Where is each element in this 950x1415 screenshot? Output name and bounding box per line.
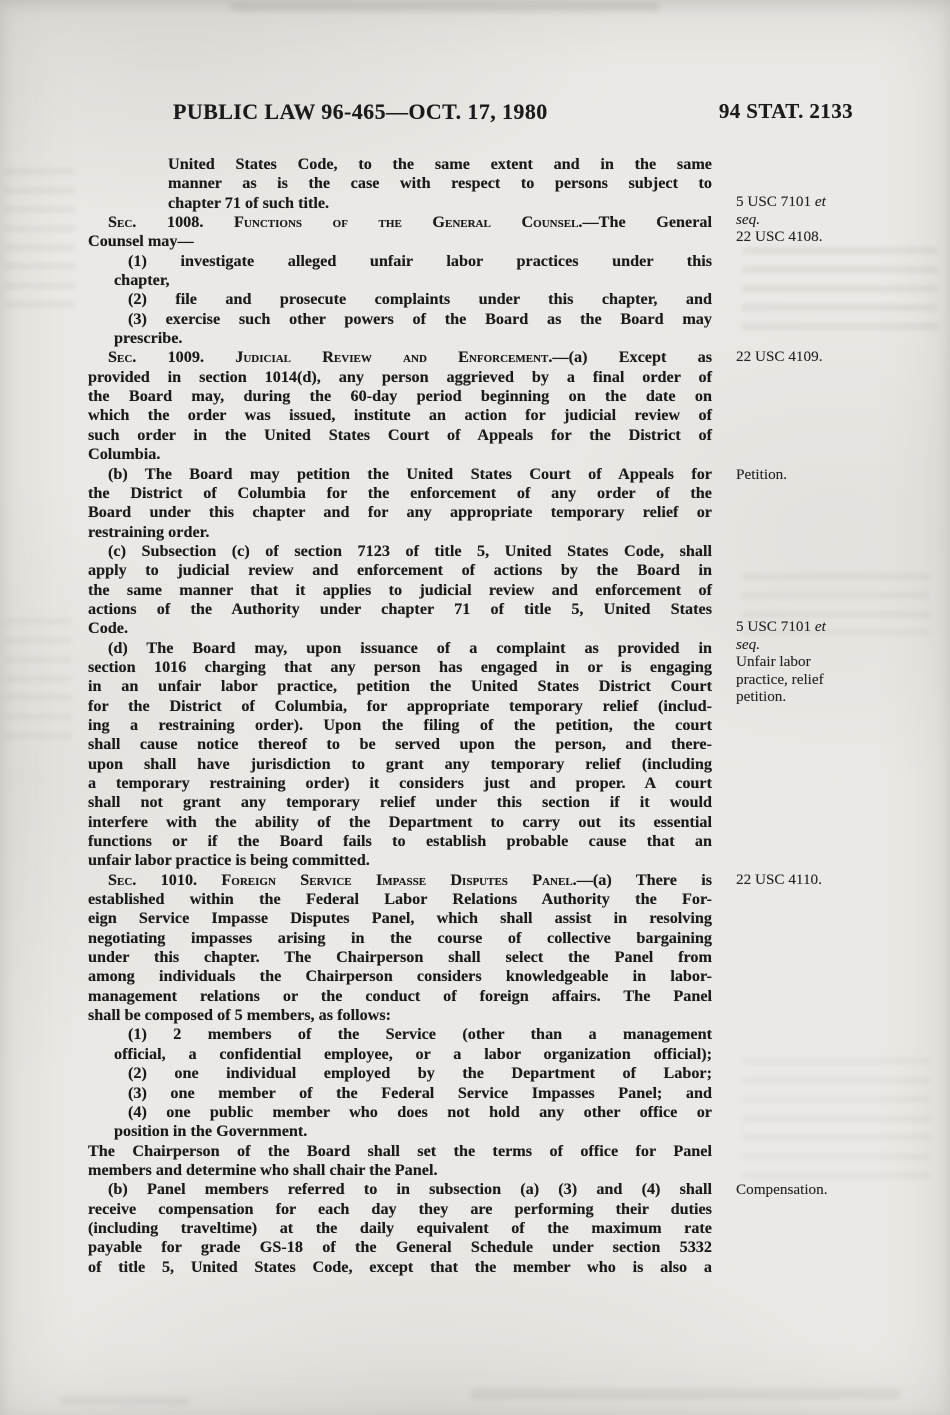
scan-artifact bbox=[470, 1389, 900, 1399]
text-line: under this chapter. The Chairperson shal… bbox=[88, 948, 712, 967]
bleedthrough-artifact bbox=[4, 618, 72, 740]
margin-note-line: 22 USC 4110. bbox=[736, 871, 872, 889]
text-line: (d) The Board may, upon issuance of a co… bbox=[108, 639, 712, 658]
text-line: Sec. 1008. Functions of the General Coun… bbox=[108, 213, 712, 232]
text-line: ing a restraining order). Upon the filin… bbox=[88, 716, 712, 735]
margin-note-line: practice, relief bbox=[736, 671, 872, 689]
text-line: Sec. 1009. Judicial Review and Enforceme… bbox=[108, 348, 712, 367]
text-line: (1) investigate alleged unfair labor pra… bbox=[128, 252, 712, 271]
text-line: Counsel may— bbox=[88, 232, 712, 251]
margin-note-line: Compensation. bbox=[736, 1181, 872, 1199]
text-line: eign Service Impasse Disputes Panel, whi… bbox=[88, 909, 712, 928]
text-line: Sec. 1010. Foreign Service Impasse Dispu… bbox=[108, 871, 712, 890]
note-22usc4108: 22 USC 4108. bbox=[736, 228, 872, 246]
bleedthrough-artifact bbox=[4, 168, 76, 320]
text-line: (1) 2 members of the Service (other than… bbox=[128, 1025, 712, 1044]
text-line: established within the Federal Labor Rel… bbox=[88, 890, 712, 909]
sec-1009-d: (d) The Board may, upon issuance of a co… bbox=[88, 639, 712, 871]
law-title: PUBLIC LAW 96-465—OCT. 17, 1980 bbox=[173, 99, 548, 125]
text-line: official, a confidential employee, or a … bbox=[114, 1045, 712, 1064]
text-line: among individuals the Chairperson consid… bbox=[88, 967, 712, 986]
note-5usc7101-top: 5 USC 7101 etseq. bbox=[736, 193, 872, 228]
text-line: Columbia. bbox=[88, 445, 712, 464]
text-line: (b) Panel members referred to in subsect… bbox=[108, 1180, 712, 1199]
margin-note-line: petition. bbox=[736, 688, 872, 706]
margin-note-line: seq. bbox=[736, 636, 872, 654]
text-line: payable for grade GS-18 of the General S… bbox=[88, 1238, 712, 1257]
text-line: the Board may, during the 60-day period … bbox=[88, 387, 712, 406]
scanned-statute-page: PUBLIC LAW 96-465—OCT. 17, 1980 94 STAT.… bbox=[0, 0, 950, 1415]
sec-1010-items: (1) 2 members of the Service (other than… bbox=[88, 1025, 712, 1141]
text-line: which the order was issued, institute an… bbox=[88, 406, 712, 425]
sec-1008-items: (1) investigate alleged unfair labor pra… bbox=[88, 252, 712, 349]
note-22usc4110: 22 USC 4110. bbox=[736, 871, 872, 889]
text-line: (3) exercise such other powers of the Bo… bbox=[128, 310, 712, 329]
text-line: shall be composed of 5 members, as follo… bbox=[88, 1006, 712, 1025]
text-line: apply to judicial review and enforcement… bbox=[88, 561, 712, 580]
note-unfair-labor: Unfair laborpractice, reliefpetition. bbox=[736, 653, 872, 706]
text-line: interfere with the ability of the Depart… bbox=[88, 813, 712, 832]
margin-note-line: 5 USC 7101 et bbox=[736, 618, 872, 636]
text-line: shall not grant any temporary relief und… bbox=[88, 793, 712, 812]
text-line: chapter, bbox=[114, 271, 712, 290]
bleedthrough-artifact bbox=[742, 1058, 930, 1190]
sec-1009-c: (c) Subsection (c) of section 7123 of ti… bbox=[88, 542, 712, 639]
sec-1010-b: (b) Panel members referred to in subsect… bbox=[88, 1180, 712, 1277]
text-line: upon shall have jurisdiction to grant an… bbox=[88, 755, 712, 774]
text-line: (c) Subsection (c) of section 7123 of ti… bbox=[108, 542, 712, 561]
sec-1009-b: (b) The Board may petition the United St… bbox=[88, 465, 712, 542]
margin-note-line: 5 USC 7101 et bbox=[736, 193, 872, 211]
text-line: chapter 71 of such title. bbox=[168, 194, 712, 213]
continuation-passage: United States Code, to the same extent a… bbox=[88, 155, 712, 213]
sec-1008-general-counsel: Sec. 1008. Functions of the General Coun… bbox=[88, 213, 712, 252]
text-line: (4) one public member who does not hold … bbox=[128, 1103, 712, 1122]
sec-1009-judicial-review-a: Sec. 1009. Judicial Review and Enforceme… bbox=[88, 348, 712, 464]
text-line: (including traveltime) at the daily equi… bbox=[88, 1219, 712, 1238]
note-5usc7101-mid: 5 USC 7101 etseq. bbox=[736, 618, 872, 653]
text-line: of title 5, United States Code, except t… bbox=[88, 1258, 712, 1277]
note-compensation: Compensation. bbox=[736, 1181, 872, 1199]
text-line: (2) one individual employed by the Depar… bbox=[128, 1064, 712, 1083]
text-line: members and determine who shall chair th… bbox=[88, 1161, 712, 1180]
text-line: position in the Government. bbox=[114, 1122, 712, 1141]
sec-1010-closing: The Chairperson of the Board shall set t… bbox=[88, 1142, 712, 1181]
text-line: Code. bbox=[88, 619, 712, 638]
margin-note-line: 22 USC 4108. bbox=[736, 228, 872, 246]
text-line: section 1016 charging that any person ha… bbox=[88, 658, 712, 677]
text-line: restraining order. bbox=[88, 523, 712, 542]
text-line: The Chairperson of the Board shall set t… bbox=[88, 1142, 712, 1161]
note-petition: Petition. bbox=[736, 466, 872, 484]
bleedthrough-artifact bbox=[742, 247, 938, 337]
text-line: management relations or the conduct of f… bbox=[88, 987, 712, 1006]
note-22usc4109: 22 USC 4109. bbox=[736, 348, 872, 366]
text-line: a temporary restraining order) it consid… bbox=[88, 774, 712, 793]
text-line: for the District of Columbia, for approp… bbox=[88, 697, 712, 716]
margin-note-line: Unfair labor bbox=[736, 653, 872, 671]
margin-note-line: 22 USC 4109. bbox=[736, 348, 872, 366]
text-line: manner as is the case with respect to pe… bbox=[168, 174, 712, 193]
text-line: negotiating impasses arising in the cour… bbox=[88, 929, 712, 948]
text-line: in an unfair labor practice, petition th… bbox=[88, 677, 712, 696]
text-line: such order in the United States Court of… bbox=[88, 426, 712, 445]
text-line: the same manner that it applies to judic… bbox=[88, 581, 712, 600]
text-line: shall cause notice thereof to be served … bbox=[88, 735, 712, 754]
stat-number: 94 STAT. 2133 bbox=[719, 99, 853, 124]
body-text: United States Code, to the same extent a… bbox=[88, 155, 712, 1277]
text-line: United States Code, to the same extent a… bbox=[168, 155, 712, 174]
text-line: (b) The Board may petition the United St… bbox=[108, 465, 712, 484]
margin-note-line: Petition. bbox=[736, 466, 872, 484]
text-line: receive compensation for each day they a… bbox=[88, 1200, 712, 1219]
margin-note-line: seq. bbox=[736, 211, 872, 229]
text-line: unfair labor practice is being committed… bbox=[88, 851, 712, 870]
text-line: (3) one member of the Federal Service Im… bbox=[128, 1084, 712, 1103]
scan-artifact bbox=[60, 1397, 190, 1405]
text-line: provided in section 1014(d), any person … bbox=[88, 368, 712, 387]
text-line: (2) file and prosecute complaints under … bbox=[128, 290, 712, 309]
text-line: actions of the Authority under chapter 7… bbox=[88, 600, 712, 619]
text-line: prescribe. bbox=[114, 329, 712, 348]
scan-artifact bbox=[230, 3, 660, 11]
text-line: Board under this chapter and for any app… bbox=[88, 503, 712, 522]
text-line: functions or if the Board fails to estab… bbox=[88, 832, 712, 851]
sec-1010-impasse-panel-a: Sec. 1010. Foreign Service Impasse Dispu… bbox=[88, 871, 712, 1026]
text-line: the District of Columbia for the enforce… bbox=[88, 484, 712, 503]
